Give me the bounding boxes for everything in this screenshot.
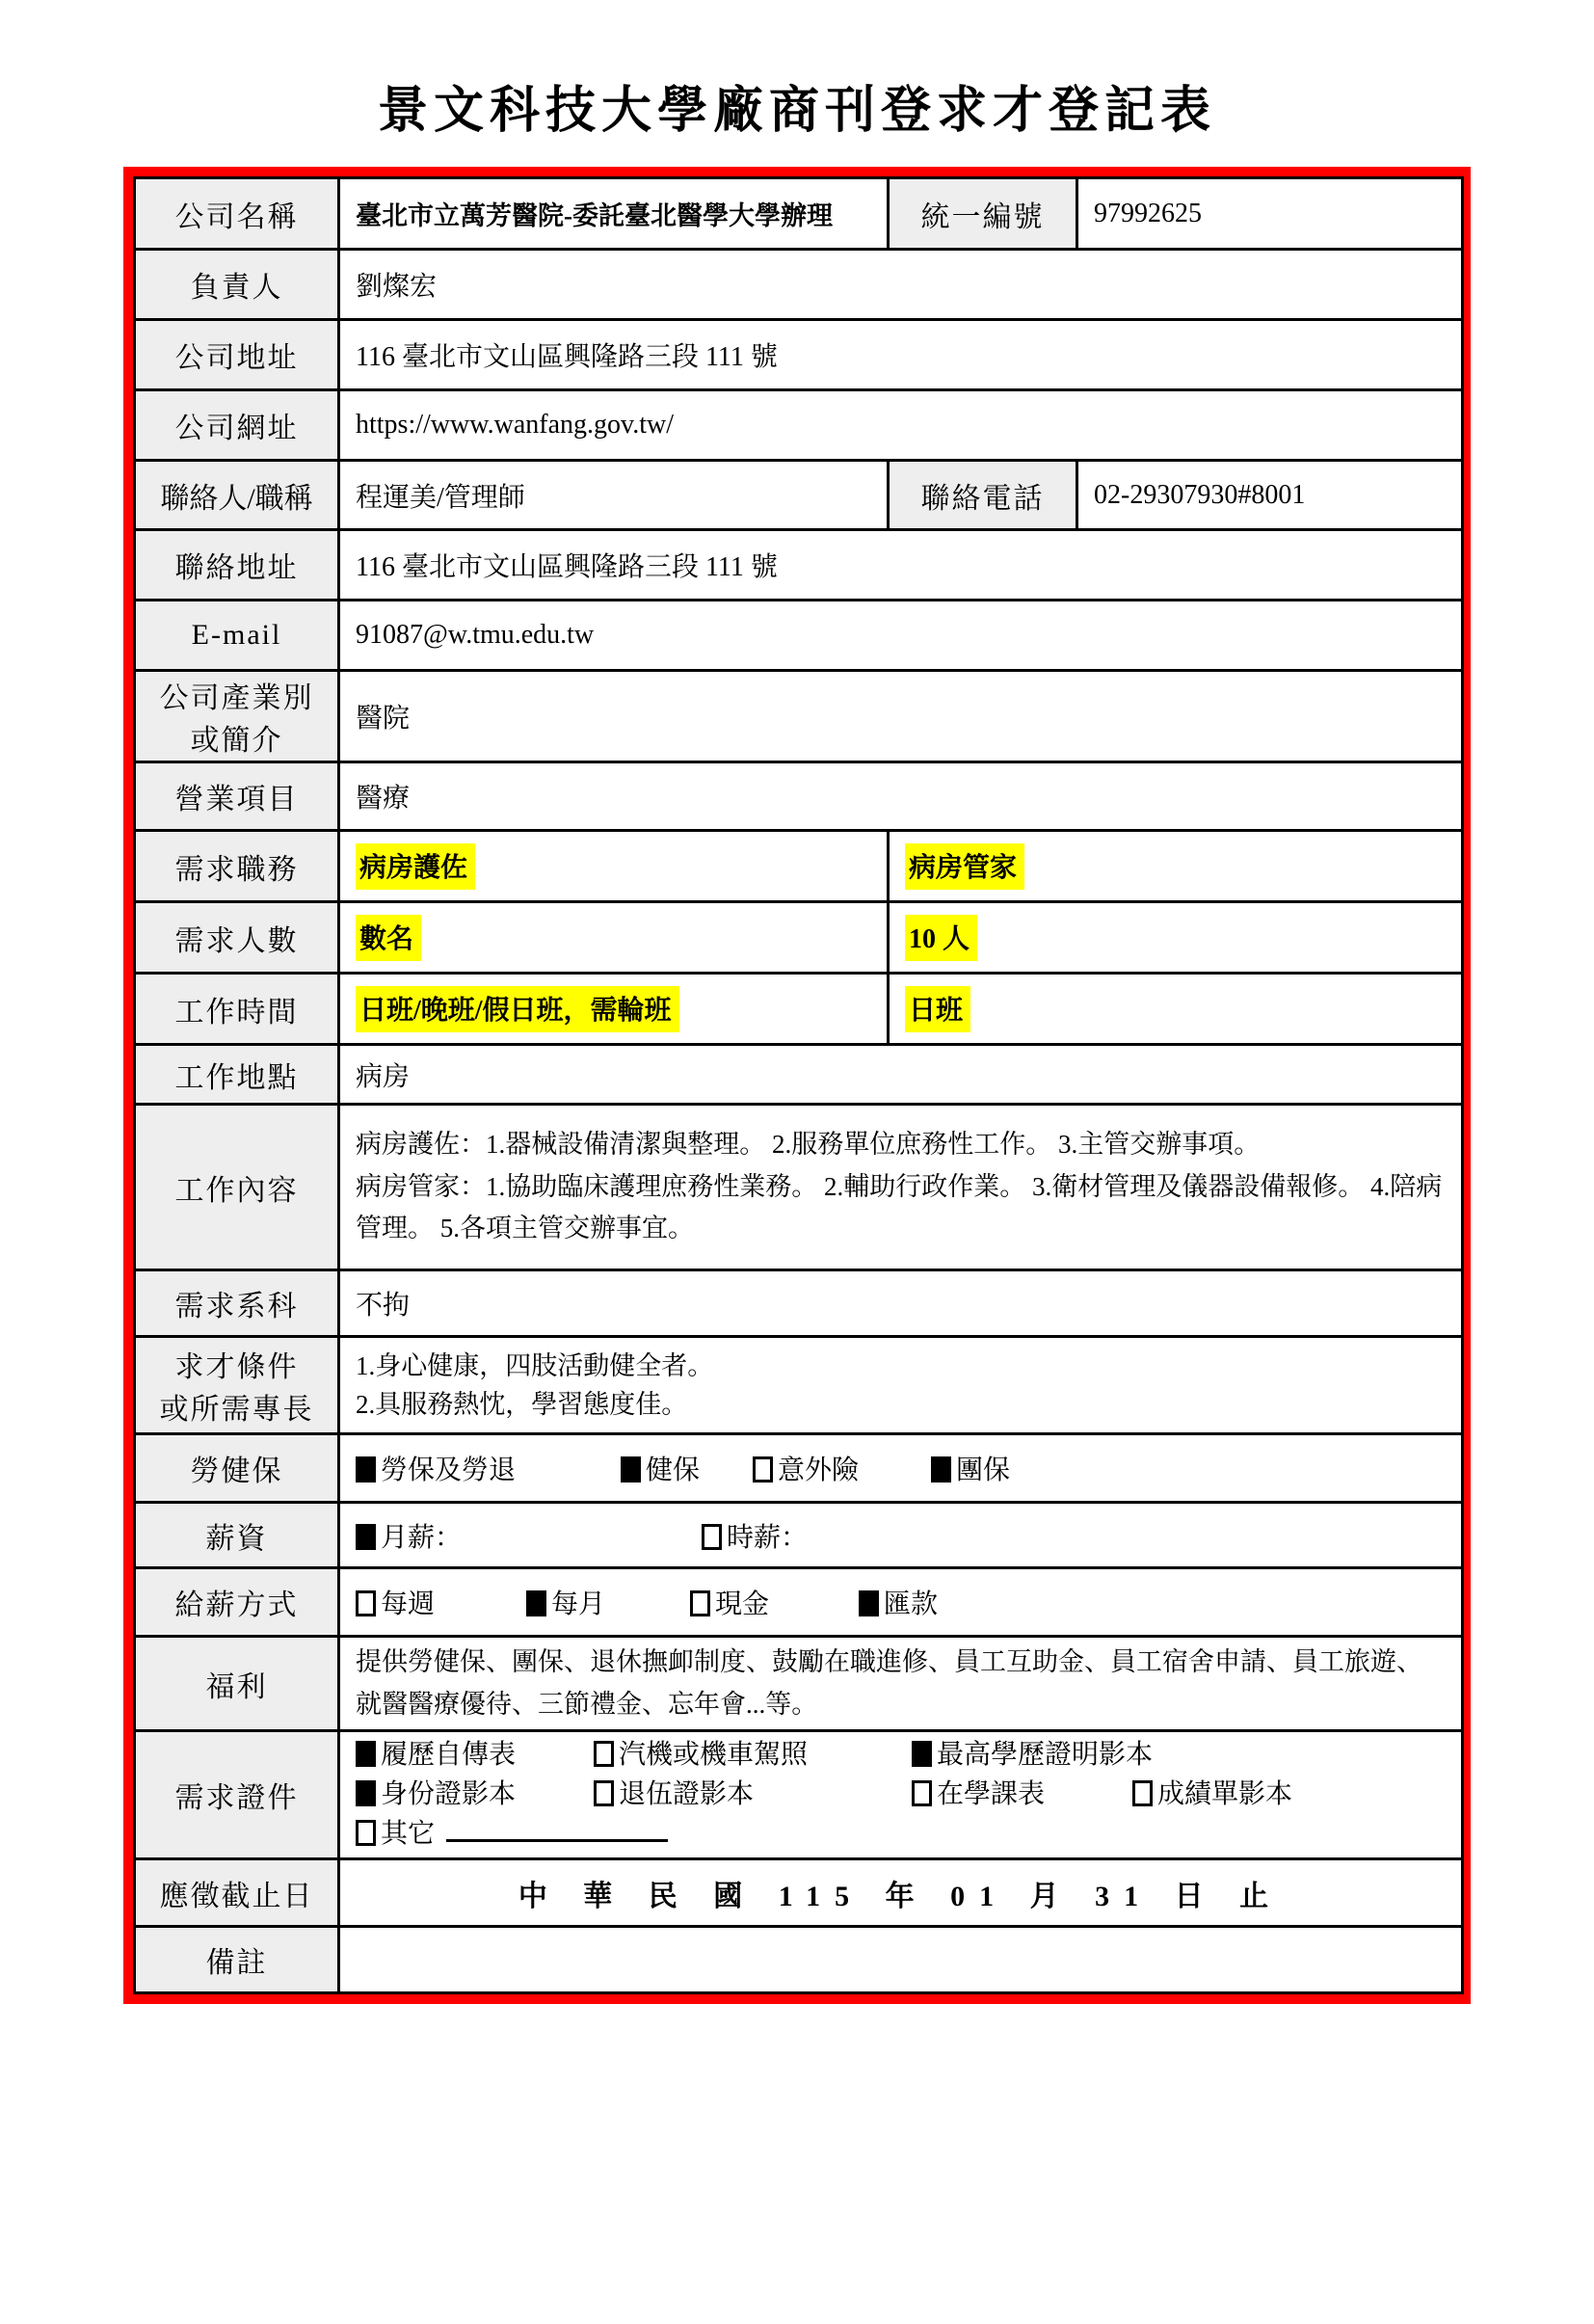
row-owner: 負責人 劉燦宏 [135,250,1463,320]
row-departments: 需求系科 不拘 [135,1270,1463,1337]
row-headcount: 需求人數 數名 10 人 [135,902,1463,974]
job-title-label: 需求職務 [135,831,339,902]
highlighted-text: 10 人 [905,915,977,961]
work-location-label: 工作地點 [135,1045,339,1105]
salary-options: 月薪： 時薪： [339,1503,1463,1568]
benefits-value: 提供勞健保、團保、退休撫卹制度、鼓勵在職進修、員工互助金、員工宿舍申請、員工旅遊… [339,1637,1463,1731]
checkbox-label: 團保 [956,1456,1010,1485]
qualifications-label: 求才條件 或所需專長 [135,1337,339,1434]
checkbox-option: 身份證影本 [356,1776,587,1815]
documents-line3: 其它 [356,1815,1446,1855]
contact-address-value: 116 臺北市文山區興隆路三段 111 號 [339,530,1463,601]
checkbox-option: 退伍證影本 [594,1776,905,1815]
other-blank-line [446,1817,668,1842]
row-payment-method: 給薪方式 每週 每月 現金 匯款 [135,1568,1463,1637]
checkbox-icon [931,1456,951,1483]
business-items-value: 醫療 [339,762,1463,831]
headcount-value-2: 10 人 [889,902,1463,974]
job-title-value-1: 病房護佐 [339,831,889,902]
form-page: { "page": { "title": "景文科技大學廠商刊登求才登記表" }… [0,69,1594,2324]
checkbox-label: 身份證影本 [381,1779,516,1809]
insurance-label: 勞健保 [135,1434,339,1503]
checkbox-option: 匯款 [859,1583,938,1621]
row-contact: 聯絡人/職稱 程運美/管理師 聯絡電話 02-29307930#8001 [135,461,1463,530]
industry-label-line1: 公司產業別 [140,674,333,716]
checkbox-icon [356,1741,376,1767]
email-label: E-mail [135,601,339,671]
job-description-value: 病房護佐：1.器械設備清潔與整理。 2.服務單位庶務性工作。 3.主管交辦事項。… [339,1105,1463,1270]
checkbox-icon [690,1590,710,1616]
row-company-website: 公司網址 https://www.wanfang.gov.tw/ [135,390,1463,461]
salary-label: 薪資 [135,1503,339,1568]
headcount-value-1: 數名 [339,902,889,974]
qualifications-label-line2: 或所需專長 [140,1385,333,1428]
checkbox-option: 每週 [356,1583,519,1621]
checkbox-label: 其它 [381,1819,435,1849]
departments-value: 不拘 [339,1270,1463,1337]
checkbox-icon [753,1456,773,1483]
checkbox-icon [594,1780,614,1806]
checkbox-label: 成績單影本 [1157,1779,1292,1809]
checkbox-option: 成績單影本 [1132,1776,1292,1815]
company-name-value: 臺北市立萬芳醫院-委託臺北醫學大學辦理 [339,178,889,250]
registration-form-table: 公司名稱 臺北市立萬芳醫院-委託臺北醫學大學辦理 統一編號 97992625 負… [123,167,1471,2004]
company-name-label: 公司名稱 [135,178,339,250]
industry-label: 公司產業別 或簡介 [135,671,339,762]
deadline-value: 中 華 民 國 115 年 01 月 31 日 止 [339,1859,1463,1927]
highlighted-text: 病房管家 [905,843,1024,890]
highlighted-text: 日班 [905,986,970,1032]
row-contact-address: 聯絡地址 116 臺北市文山區興隆路三段 111 號 [135,530,1463,601]
company-name-text: 臺北市立萬芳醫院-委託臺北醫學大學辦理 [356,201,833,230]
benefits-text: 提供勞健保、團保、退休撫卹制度、鼓勵在職進修、員工互助金、員工宿舍申請、員工旅遊… [356,1642,1446,1725]
remarks-value [339,1927,1463,1993]
checkbox-icon [859,1590,879,1616]
job-description-para2: 病房管家：1.協助臨床護理庶務性業務。 2.輔助行政作業。 3.衛材管理及儀器設… [356,1166,1446,1250]
contact-person-label: 聯絡人/職稱 [135,461,339,530]
row-work-location: 工作地點 病房 [135,1045,1463,1105]
checkbox-option: 時薪： [702,1516,808,1555]
company-address-label: 公司地址 [135,320,339,390]
contact-address-label: 聯絡地址 [135,530,339,601]
work-hours-value-2: 日班 [889,974,1463,1045]
row-benefits: 福利 提供勞健保、團保、退休撫卹制度、鼓勵在職進修、員工互助金、員工宿舍申請、員… [135,1637,1463,1731]
row-remarks: 備註 [135,1927,1463,1993]
headcount-label: 需求人數 [135,902,339,974]
checkbox-label: 每週 [381,1589,435,1619]
owner-value: 劉燦宏 [339,250,1463,320]
checkbox-label: 意外險 [778,1456,859,1485]
highlighted-text: 日班/晚班/假日班，需輪班 [356,986,679,1032]
insurance-options: 勞保及勞退 健保 意外險 團保 [339,1434,1463,1503]
business-items-label: 營業項目 [135,762,339,831]
checkbox-icon [356,1780,376,1806]
row-documents: 需求證件 履歷自傳表 汽機或機車駕照 最高學歷證明影本 身份證影本 退伍證影本 … [135,1731,1463,1859]
checkbox-label: 在學課表 [937,1779,1045,1809]
checkbox-label: 每月 [551,1589,605,1619]
work-location-value: 病房 [339,1045,1463,1105]
checkbox-label: 退伍證影本 [619,1779,754,1809]
company-website-label: 公司網址 [135,390,339,461]
checkbox-icon [356,1820,376,1846]
contact-phone-label: 聯絡電話 [889,461,1077,530]
job-description-para1: 病房護佐：1.器械設備清潔與整理。 2.服務單位庶務性工作。 3.主管交辦事項。 [356,1124,1446,1166]
remarks-label: 備註 [135,1927,339,1993]
checkbox-option: 其它 [356,1815,435,1855]
company-website-value: https://www.wanfang.gov.tw/ [339,390,1463,461]
checkbox-option: 勞保及勞退 [356,1449,614,1487]
row-work-hours: 工作時間 日班/晚班/假日班，需輪班 日班 [135,974,1463,1045]
row-industry: 公司產業別 或簡介 醫院 [135,671,1463,762]
row-insurance: 勞健保 勞保及勞退 健保 意外險 團保 [135,1434,1463,1503]
row-qualifications: 求才條件 或所需專長 1.身心健康，四肢活動健全者。 2.具服務熱忱，學習態度佳… [135,1337,1463,1434]
email-value: 91087@w.tmu.edu.tw [339,601,1463,671]
row-email: E-mail 91087@w.tmu.edu.tw [135,601,1463,671]
checkbox-option: 汽機或機車駕照 [594,1736,905,1776]
company-address-value: 116 臺北市文山區興隆路三段 111 號 [339,320,1463,390]
checkbox-label: 時薪： [727,1523,808,1553]
deadline-label: 應徵截止日 [135,1859,339,1927]
qualifications-value: 1.身心健康，四肢活動健全者。 2.具服務熱忱，學習態度佳。 [339,1337,1463,1434]
checkbox-label: 現金 [715,1589,769,1619]
checkbox-label: 履歷自傳表 [381,1740,516,1770]
checkbox-icon [702,1524,722,1550]
owner-label: 負責人 [135,250,339,320]
documents-line1: 履歷自傳表 汽機或機車駕照 最高學歷證明影本 [356,1736,1446,1776]
checkbox-option: 團保 [931,1449,1010,1487]
tax-id-label: 統一編號 [889,178,1077,250]
qualifications-line2: 2.具服務熱忱，學習態度佳。 [356,1385,1446,1425]
departments-label: 需求系科 [135,1270,339,1337]
tax-id-value: 97992625 [1077,178,1463,250]
checkbox-option: 健保 [621,1449,746,1487]
checkbox-icon [912,1780,932,1806]
contact-phone-value: 02-29307930#8001 [1077,461,1463,530]
job-description-label: 工作內容 [135,1105,339,1270]
checkbox-option: 月薪： [356,1516,695,1555]
highlighted-text: 病房護佐 [356,843,475,890]
payment-method-label: 給薪方式 [135,1568,339,1637]
checkbox-icon [912,1741,932,1767]
highlighted-text: 數名 [356,915,421,961]
row-company-name: 公司名稱 臺北市立萬芳醫院-委託臺北醫學大學辦理 統一編號 97992625 [135,178,1463,250]
work-hours-label: 工作時間 [135,974,339,1045]
checkbox-option: 意外險 [753,1449,924,1487]
checkbox-option: 每月 [526,1583,683,1621]
checkbox-icon [356,1590,376,1616]
checkbox-option: 在學課表 [912,1776,1126,1815]
row-job-title: 需求職務 病房護佐 病房管家 [135,831,1463,902]
qualifications-label-line1: 求才條件 [140,1343,333,1385]
checkbox-icon [526,1590,546,1616]
checkbox-option: 現金 [690,1583,852,1621]
checkbox-label: 月薪： [381,1523,462,1553]
checkbox-label: 匯款 [884,1589,938,1619]
row-job-description: 工作內容 病房護佐：1.器械設備清潔與整理。 2.服務單位庶務性工作。 3.主管… [135,1105,1463,1270]
row-business-items: 營業項目 醫療 [135,762,1463,831]
qualifications-line1: 1.身心健康，四肢活動健全者。 [356,1347,1446,1386]
contact-person-value: 程運美/管理師 [339,461,889,530]
checkbox-option: 履歷自傳表 [356,1736,587,1776]
industry-label-line2: 或簡介 [140,716,333,759]
checkbox-label: 汽機或機車駕照 [619,1740,808,1770]
checkbox-icon [356,1456,376,1483]
documents-options: 履歷自傳表 汽機或機車駕照 最高學歷證明影本 身份證影本 退伍證影本 在學課表 … [339,1731,1463,1859]
documents-line2: 身份證影本 退伍證影本 在學課表 成績單影本 [356,1776,1446,1815]
row-company-address: 公司地址 116 臺北市文山區興隆路三段 111 號 [135,320,1463,390]
page-title: 景文科技大學廠商刊登求才登記表 [0,69,1594,142]
benefits-label: 福利 [135,1637,339,1731]
checkbox-label: 健保 [646,1456,700,1485]
checkbox-icon [621,1456,641,1483]
checkbox-label: 最高學歷證明影本 [937,1740,1153,1770]
job-title-value-2: 病房管家 [889,831,1463,902]
checkbox-icon [356,1524,376,1550]
checkbox-icon [594,1741,614,1767]
checkbox-label: 勞保及勞退 [381,1456,516,1485]
row-deadline: 應徵截止日 中 華 民 國 115 年 01 月 31 日 止 [135,1859,1463,1927]
row-salary: 薪資 月薪： 時薪： [135,1503,1463,1568]
checkbox-icon [1132,1780,1153,1806]
documents-label: 需求證件 [135,1731,339,1859]
checkbox-option: 最高學歷證明影本 [912,1736,1153,1776]
payment-method-options: 每週 每月 現金 匯款 [339,1568,1463,1637]
work-hours-value-1: 日班/晚班/假日班，需輪班 [339,974,889,1045]
industry-value: 醫院 [339,671,1463,762]
